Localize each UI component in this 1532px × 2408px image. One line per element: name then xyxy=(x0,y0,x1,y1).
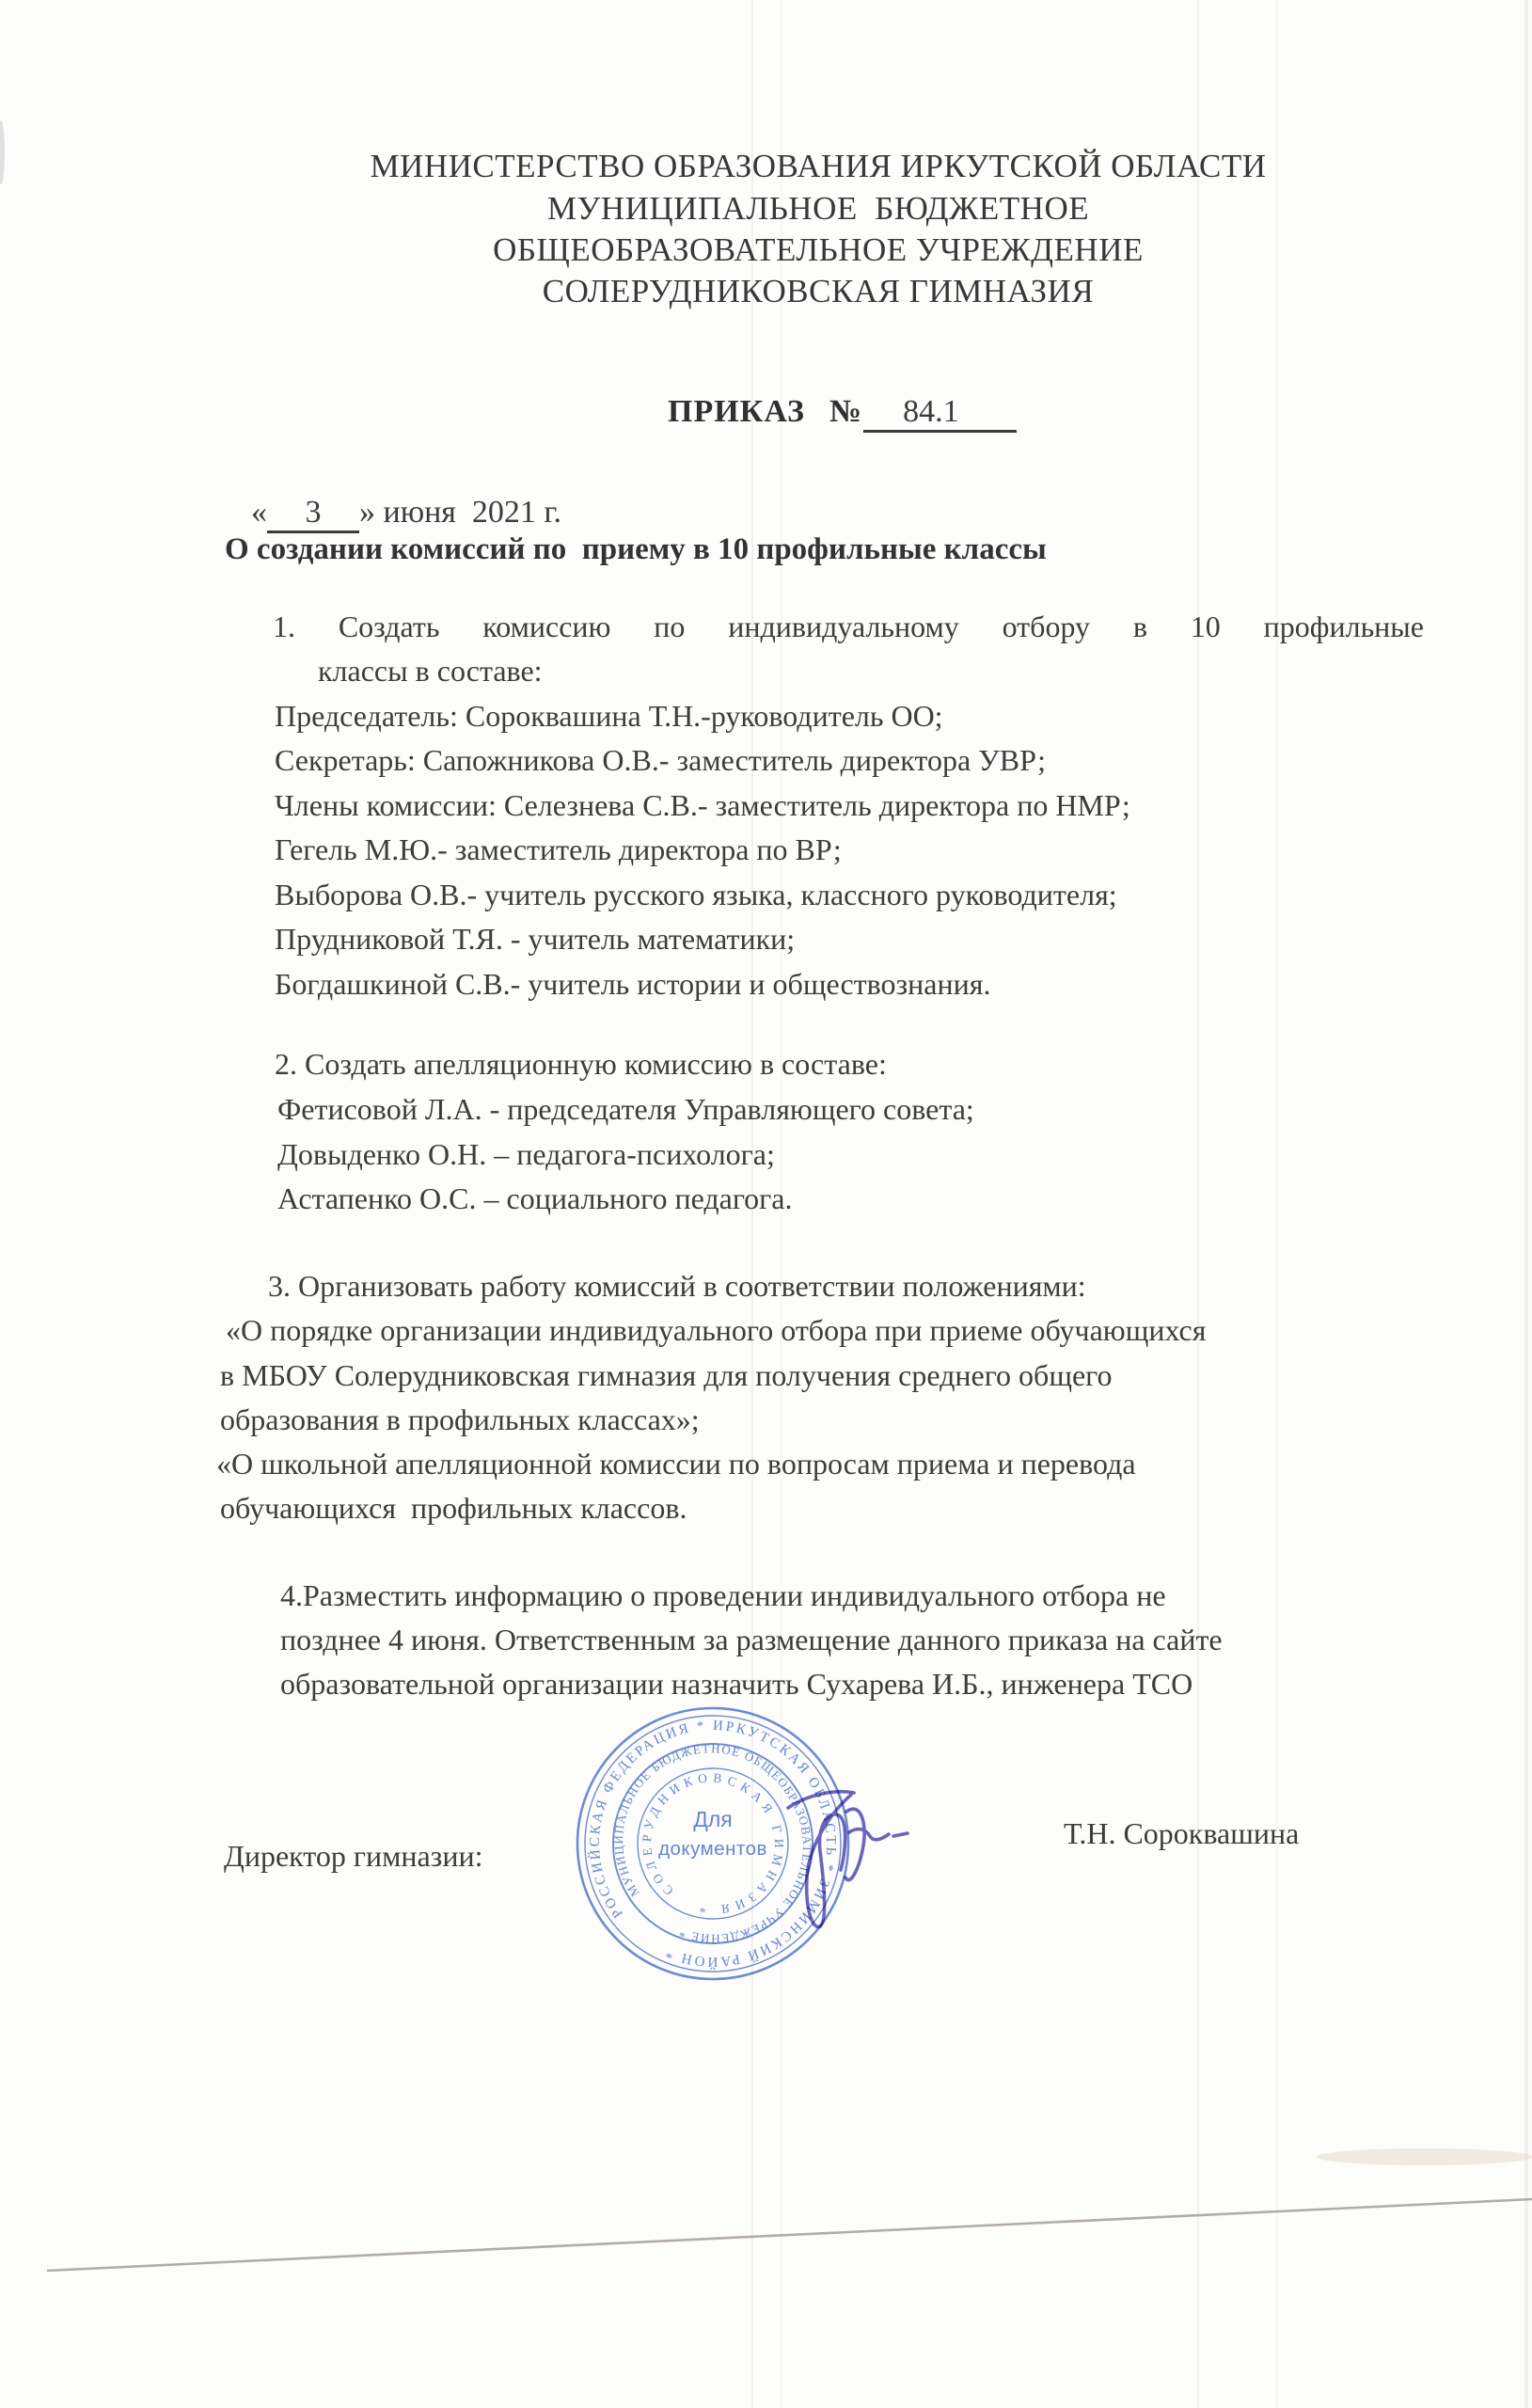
page-edge-line xyxy=(1524,0,1528,2408)
stamp-center-line2: документов xyxy=(658,1838,767,1860)
open-quote: « xyxy=(251,495,267,530)
close-quote: » xyxy=(359,495,375,530)
fold-line xyxy=(1197,0,1199,2408)
body-line: классы в составе: xyxy=(318,654,543,689)
order-number-line: ПРИКАЗ№84.1 xyxy=(636,358,1017,468)
body-line: образования в профильных классах»; xyxy=(220,1402,700,1437)
order-title: ПРИКАЗ xyxy=(668,394,805,429)
body-line: 2. Создать апелляционную комиссию в сост… xyxy=(275,1047,887,1082)
letterhead-line: МУНИЦИПАЛЬНОЕ БЮДЖЕТНОЕ xyxy=(216,190,1420,228)
body-line: Члены комиссии: Селезнева С.В.- заместит… xyxy=(275,788,1130,823)
body-line: «О порядке организации индивидуального о… xyxy=(226,1313,1206,1348)
signoff-name: Т.Н. Сороквашина xyxy=(1064,1816,1299,1851)
body-line: Астапенко О.С. – социального педагога. xyxy=(277,1181,793,1216)
number-sign: № xyxy=(829,394,861,429)
date-day: 3 xyxy=(267,495,359,533)
fold-line xyxy=(1276,0,1278,2408)
body-line: Богдашкиной С.В.- учитель истории и обще… xyxy=(275,967,990,1002)
body-line: Выборова О.В.- учитель русского языка, к… xyxy=(275,878,1117,912)
body-line: Фетисовой Л.А. - председателя Управляюще… xyxy=(277,1092,974,1127)
scanned-order-document: МИНИСТЕРСТВО ОБРАЗОВАНИЯ ИРКУТСКОЙ ОБЛАС… xyxy=(0,0,1532,2408)
body-line: позднее 4 июня. Ответственным за размеще… xyxy=(280,1623,1223,1657)
letterhead-line: МИНИСТЕРСТВО ОБРАЗОВАНИЯ ИРКУТСКОЙ ОБЛАС… xyxy=(216,148,1420,185)
signoff-role: Директор гимназии: xyxy=(224,1839,482,1874)
body-line: Довыденко О.Н. – педагога-психолога; xyxy=(277,1137,775,1172)
scan-smudge xyxy=(1317,2148,1532,2165)
body-line: 4.Разместить информацию о проведении инд… xyxy=(280,1578,1166,1613)
stamp-center-line1: Для xyxy=(693,1807,732,1831)
order-subject: О создании комиссий по приему в 10 профи… xyxy=(225,532,1047,567)
body-line: Секретарь: Сапожникова О.В.- заместитель… xyxy=(275,743,1046,778)
scan-edge-line xyxy=(0,2182,1532,2286)
body-line: Председатель: Сороквашина Т.Н.-руководит… xyxy=(275,699,943,734)
letterhead-line: ОБЩЕОБРАЗОВАТЕЛЬНОЕ УЧРЕЖДЕНИЕ xyxy=(216,231,1420,269)
date-tail: июня 2021 г. xyxy=(375,495,561,530)
body-line: в МБОУ Солерудниковская гимназия для пол… xyxy=(220,1358,1113,1393)
letterhead-line: СОЛЕРУДНИКОВСКАЯ ГИМНАЗИЯ xyxy=(216,273,1420,310)
body-line: Гегель М.Ю.- заместитель директора по ВР… xyxy=(275,832,842,867)
body-line: обучающихся профильных классов. xyxy=(220,1491,687,1526)
scan-smudge xyxy=(0,120,5,184)
order-number-value: 84.1 xyxy=(863,394,1017,433)
handwritten-signature xyxy=(752,1768,978,1938)
body-line: Прудниковой Т.Я. - учитель математики; xyxy=(275,922,795,957)
body-line: «О школьной апелляционной комиссии по во… xyxy=(216,1447,1136,1481)
body-line: 1. Создать комиссию по индивидуальному о… xyxy=(273,610,1424,644)
body-line: 3. Организовать работу комиссий в соотве… xyxy=(268,1269,1086,1304)
